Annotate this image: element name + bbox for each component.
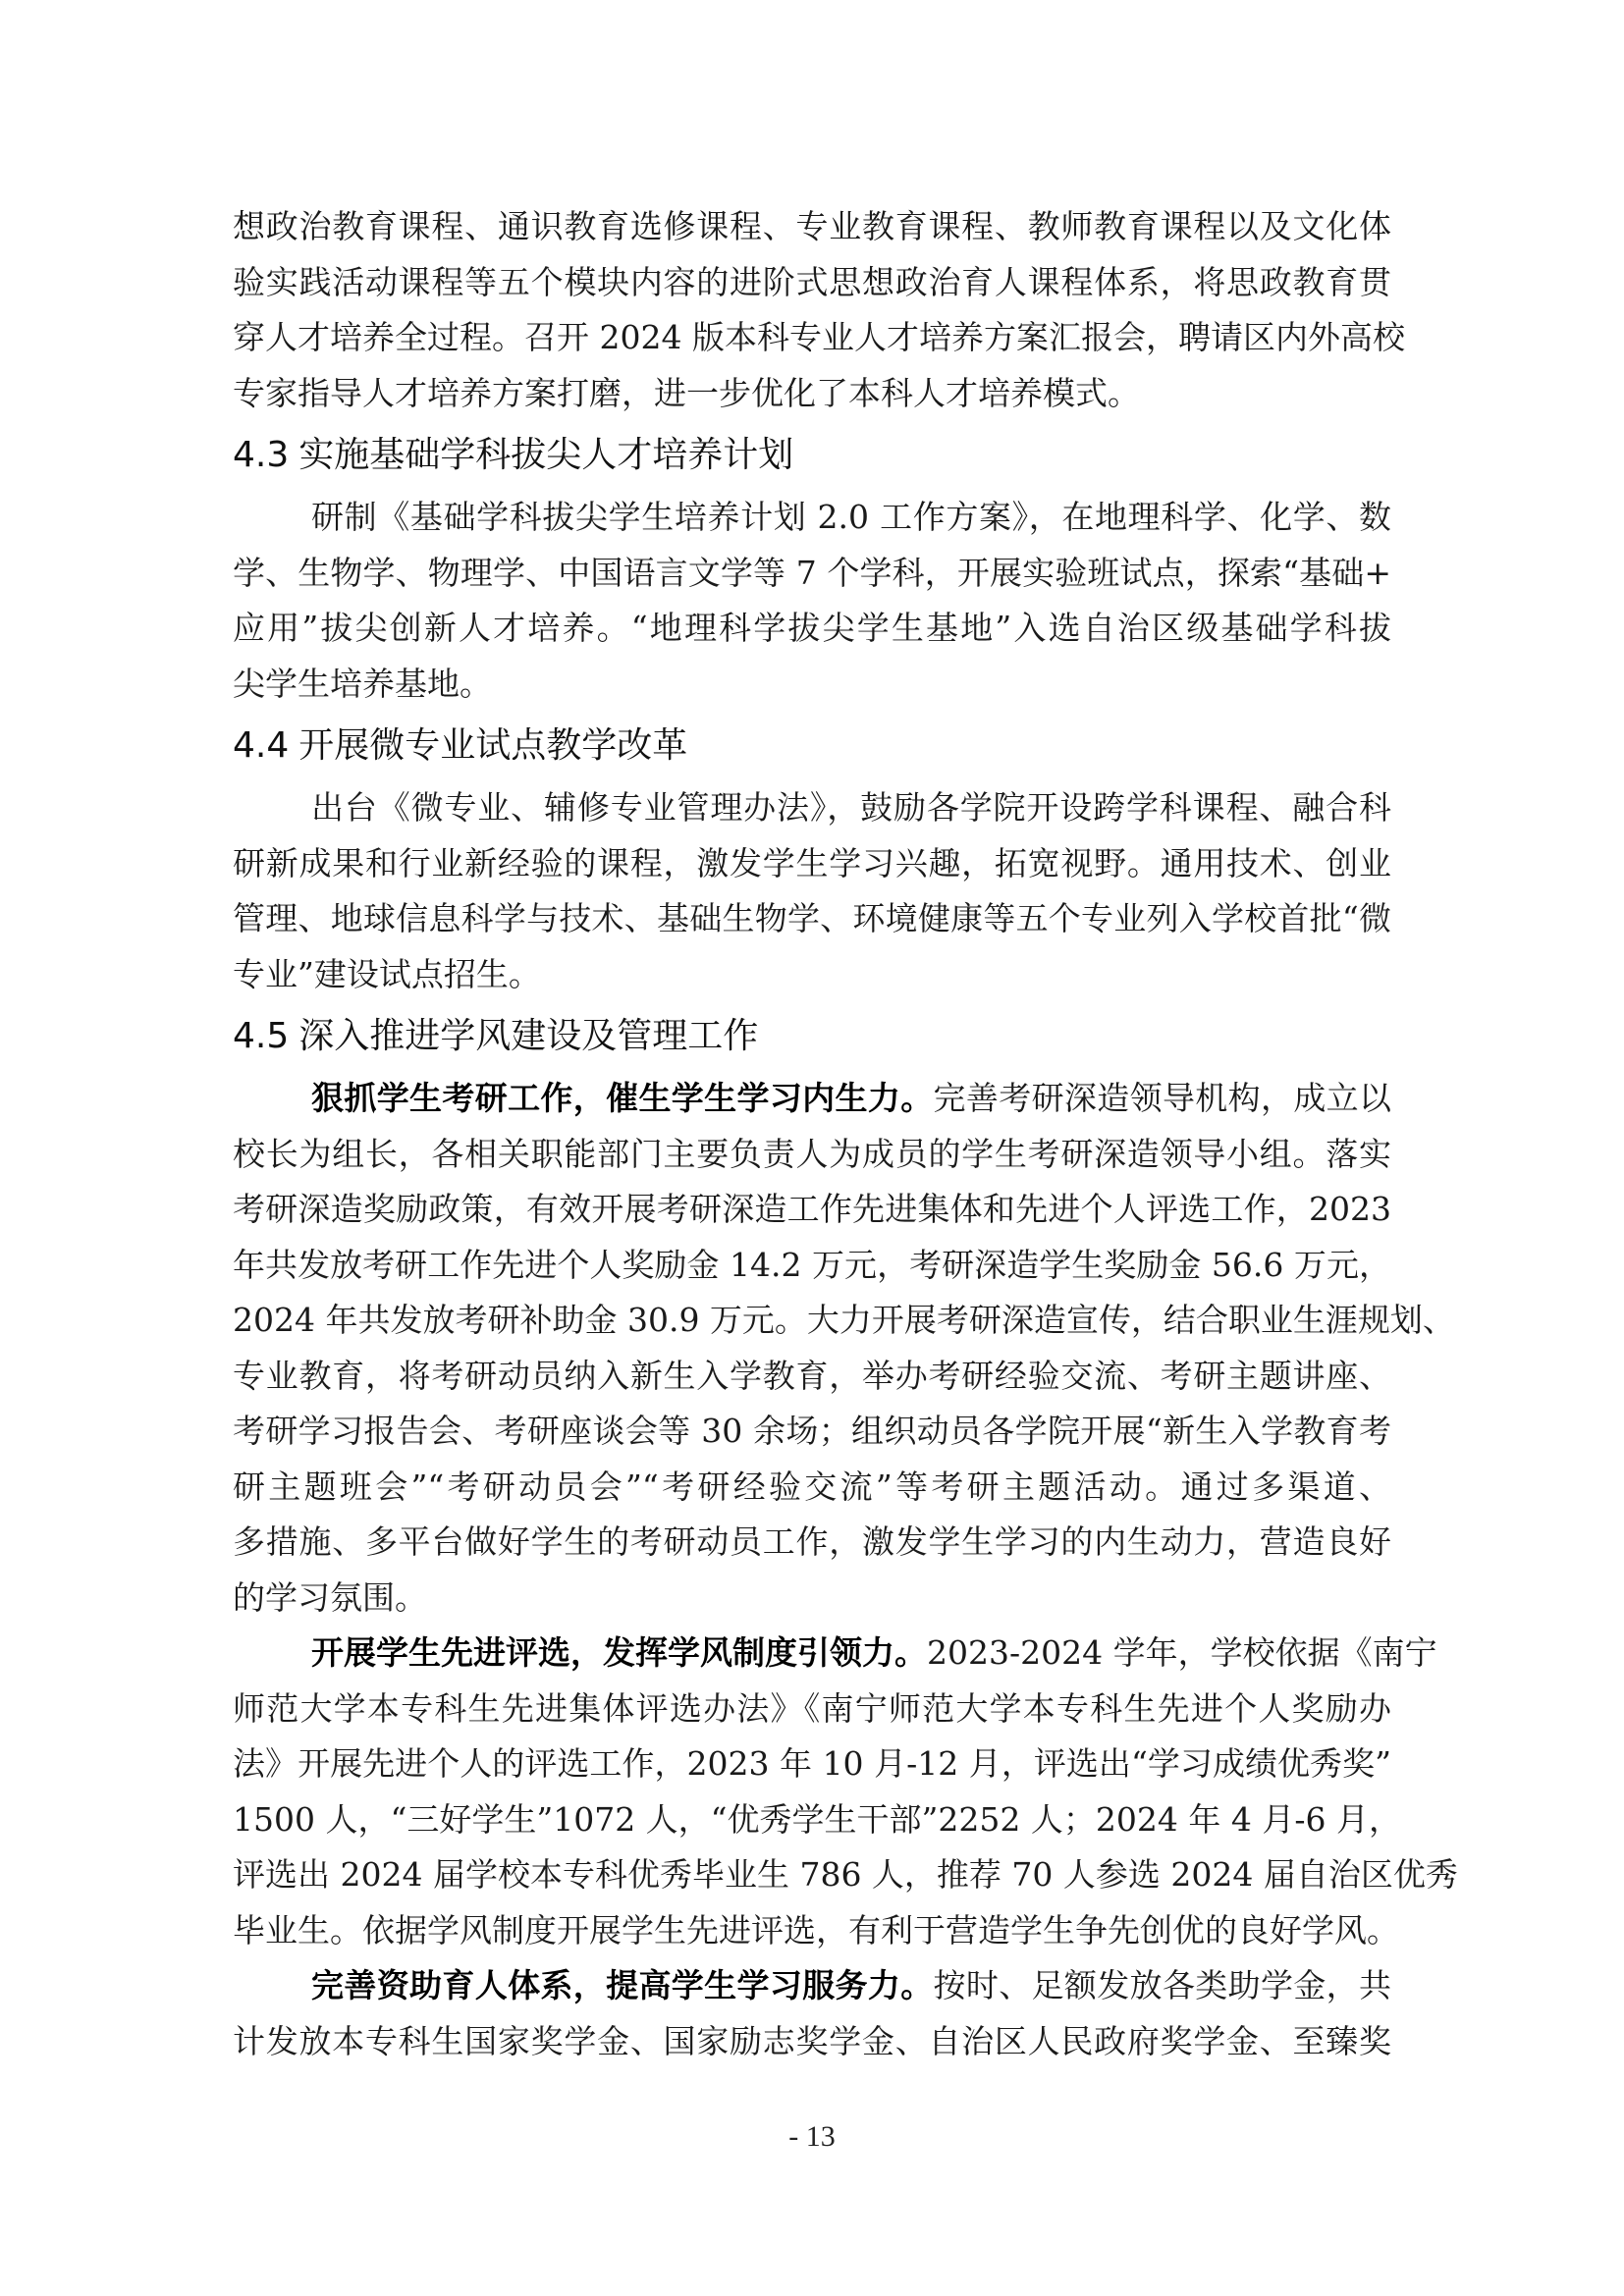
paragraph-postgraduate-exam: 狠抓学生考研工作，催生学生学习内生力。完善考研深造领导机构，成立以 校长为组长，… (233, 1071, 1391, 1626)
text-line: 研新成果和行业新经验的课程，激发学生学习兴趣，拓宽视野。通用技术、创业 (233, 836, 1391, 892)
paragraph-top-talent-plan: 研制《基础学科拔尖学生培养计划 2.0 工作方案》，在地理科学、化学、数 学、生… (233, 490, 1391, 712)
text-line: 校长为组长，各相关职能部门主要负责人为成员的学生考研深造领导小组。落实 (233, 1127, 1391, 1183)
text-line: 2024 年共发放考研补助金 30.9 万元。大力开展考研深造宣传，结合职业生涯… (233, 1293, 1391, 1349)
text-run: 完善考研深造领导机构，成立以 (934, 1079, 1391, 1117)
text-line: 学、生物学、物理学、中国语言文学等 7 个学科，开展实验班试点，探索“基础+ (233, 546, 1391, 602)
text-line: 完善资助育人体系，提高学生学习服务力。按时、足额发放各类助学金，共 (233, 1958, 1391, 2014)
paragraph-micro-major: 出台《微专业、辅修专业管理办法》，鼓励各学院开设跨学科课程、融合科 研新成果和行… (233, 780, 1391, 1002)
text-line: 验实践活动课程等五个模块内容的进阶式思想政治育人课程体系，将思政教育贯 (233, 255, 1391, 311)
paragraph-lead: 狠抓学生考研工作，催生学生学习内生力。 (311, 1079, 934, 1117)
text-line: 1500 人，“三好学生”1072 人，“优秀学生干部”2252 人；2024 … (233, 1792, 1391, 1848)
text-line: 多措施、多平台做好学生的考研动员工作，激发学生学习的内生动力，营造良好 (233, 1515, 1391, 1571)
text-line: 考研学习报告会、考研座谈会等 30 余场；组织动员各学院开展“新生入学教育考 (233, 1404, 1391, 1460)
page-number: - 13 (0, 2120, 1624, 2154)
text-line: 专业”建设试点招生。 (233, 947, 1391, 1003)
section-heading-4-3: 4.3实施基础学科拔尖人才培养计划 (233, 425, 1391, 486)
text-line: 尖学生培养基地。 (233, 657, 1391, 713)
text-line: 年共发放考研工作先进个人奖励金 14.2 万元，考研深造学生奖励金 56.6 万… (233, 1238, 1391, 1294)
section-title: 深入推进学风建设及管理工作 (298, 1016, 758, 1056)
text-line: 毕业生。依据学风制度开展学生先进评选，有利于营造学生争先创优的良好学风。 (233, 1903, 1391, 1959)
section-title: 开展微专业试点教学改革 (298, 725, 687, 766)
text-line: 应用”拔尖创新人才培养。“地理科学拔尖学生基地”入选自治区级基础学科拔 (233, 601, 1391, 657)
text-line: 研制《基础学科拔尖学生培养计划 2.0 工作方案》，在地理科学、化学、数 (233, 490, 1391, 546)
text-line: 师范大学本专科生先进集体评选办法》《南宁师范大学本专科生先进个人奖励办 (233, 1682, 1391, 1737)
text-line: 开展学生先进评选，发挥学风制度引领力。2023-2024 学年，学校依据《南宁 (233, 1626, 1391, 1682)
section-number: 4.5 (233, 1016, 289, 1056)
text-line: 研主题班会”“考研动员会”“考研经验交流”等考研主题活动。通过多渠道、 (233, 1460, 1391, 1516)
text-line: 专家指导人才培养方案打磨，进一步优化了本科人才培养模式。 (233, 366, 1391, 422)
text-line: 狠抓学生考研工作，催生学生学习内生力。完善考研深造领导机构，成立以 (233, 1071, 1391, 1127)
paragraph-lead: 完善资助育人体系，提高学生学习服务力。 (311, 1966, 934, 2004)
text-line: 考研深造奖励政策，有效开展考研深造工作先进集体和先进个人评选工作，2023 (233, 1182, 1391, 1238)
text-run: 按时、足额发放各类助学金，共 (934, 1966, 1391, 2004)
text-line: 穿人才培养全过程。召开 2024 版本科专业人才培养方案汇报会，聘请区内外高校 (233, 310, 1391, 366)
section-title: 实施基础学科拔尖人才培养计划 (298, 435, 793, 475)
text-line: 计发放本专科生国家奖学金、国家励志奖学金、自治区人民政府奖学金、至臻奖 (233, 2014, 1391, 2070)
paragraph-lead: 开展学生先进评选，发挥学风制度引领力。 (311, 1633, 927, 1672)
text-line: 评选出 2024 届学校本专科优秀毕业生 786 人，推荐 70 人参选 202… (233, 1847, 1391, 1903)
text-line: 管理、地球信息科学与技术、基础生物学、环境健康等五个专业列入学校首批“微 (233, 891, 1391, 947)
text-line: 想政治教育课程、通识教育选修课程、专业教育课程、教师教育课程以及文化体 (233, 199, 1391, 255)
paragraph-financial-aid: 完善资助育人体系，提高学生学习服务力。按时、足额发放各类助学金，共 计发放本专科… (233, 1958, 1391, 2069)
section-heading-4-4: 4.4开展微专业试点教学改革 (233, 716, 1391, 776)
paragraph-course-system: 想政治教育课程、通识教育选修课程、专业教育课程、教师教育课程以及文化体 验实践活… (233, 199, 1391, 421)
section-number: 4.4 (233, 725, 289, 766)
text-line: 法》开展先进个人的评选工作，2023 年 10 月-12 月，评选出“学习成绩优… (233, 1736, 1391, 1792)
section-heading-4-5: 4.5深入推进学风建设及管理工作 (233, 1006, 1391, 1067)
text-line: 出台《微专业、辅修专业管理办法》，鼓励各学院开设跨学科课程、融合科 (233, 780, 1391, 836)
text-line: 的学习氛围。 (233, 1571, 1391, 1627)
page-content: 想政治教育课程、通识教育选修课程、专业教育课程、教师教育课程以及文化体 验实践活… (233, 199, 1391, 2069)
text-line: 专业教育，将考研动员纳入新生入学教育，举办考研经验交流、考研主题讲座、 (233, 1349, 1391, 1405)
section-number: 4.3 (233, 435, 289, 475)
paragraph-student-awards: 开展学生先进评选，发挥学风制度引领力。2023-2024 学年，学校依据《南宁 … (233, 1626, 1391, 1958)
document-page: 想政治教育课程、通识教育选修课程、专业教育课程、教师教育课程以及文化体 验实践活… (0, 0, 1624, 2296)
text-run: 2023-2024 学年，学校依据《南宁 (927, 1633, 1437, 1672)
